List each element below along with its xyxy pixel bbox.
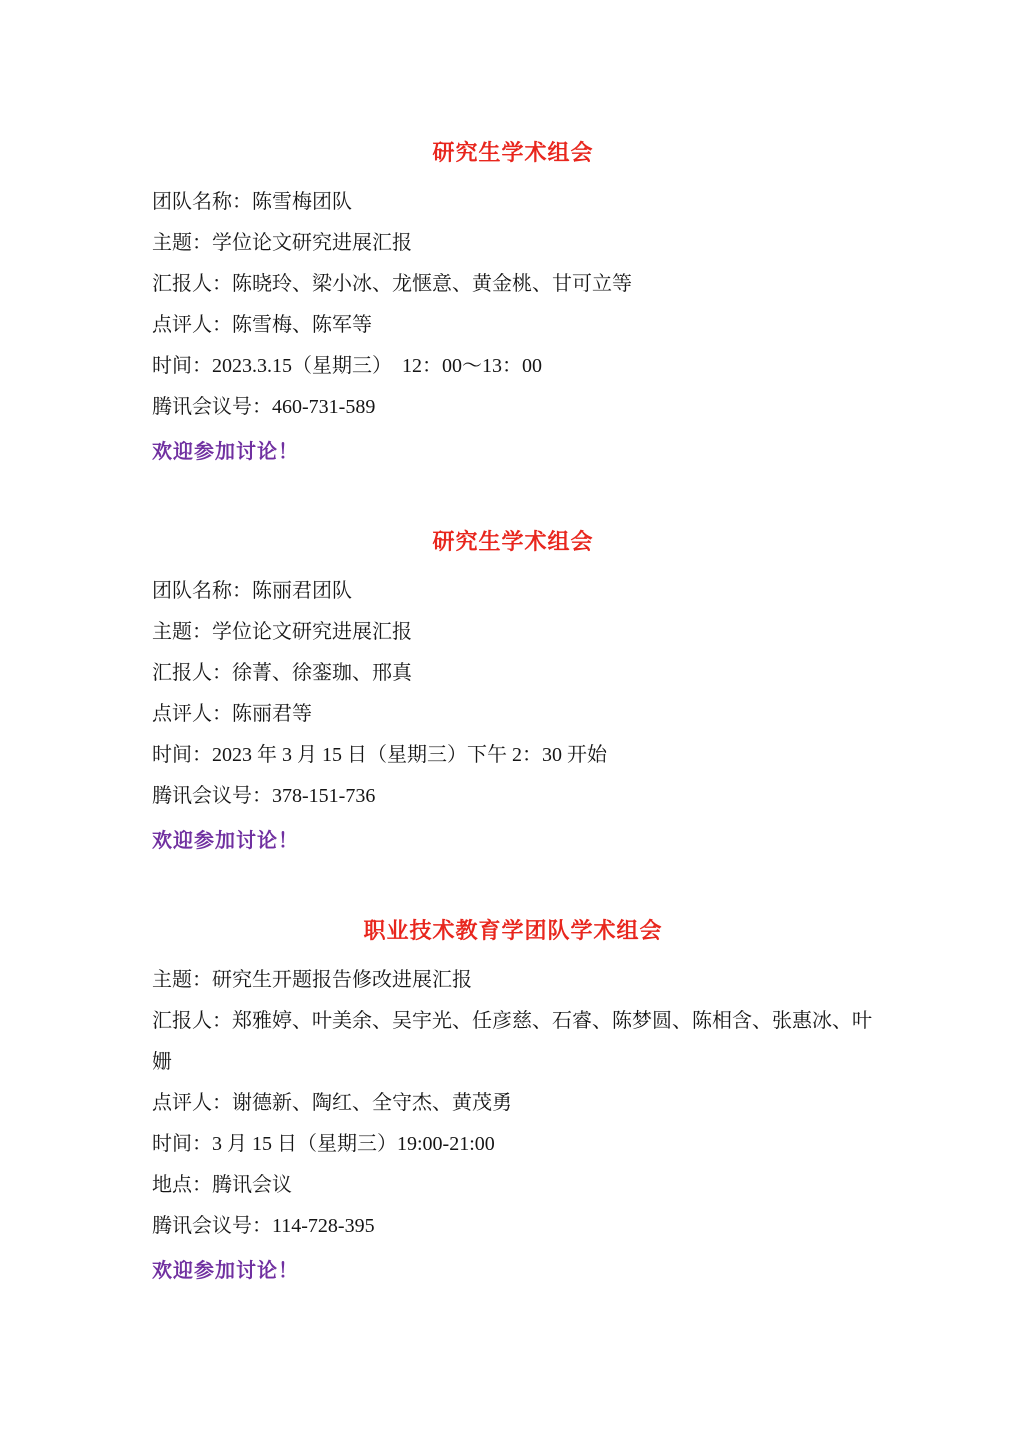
meeting-id-line: 腾讯会议号：378-151-736 — [152, 776, 874, 817]
notice-title: 研究生学术组会 — [152, 529, 874, 555]
welcome-line: 欢迎参加讨论！ — [152, 821, 874, 862]
time-line: 时间：3 月 15 日（星期三）19:00-21:00 — [152, 1124, 874, 1165]
reviewers-line: 点评人：谢德新、陶红、全守杰、黄茂勇 — [152, 1083, 874, 1124]
meeting-id-line: 腾讯会议号：460-731-589 — [152, 387, 874, 428]
presenters-line: 汇报人：郑雅婷、叶美余、吴宇光、任彦慈、石睿、陈梦圆、陈相含、张惠冰、叶姗 — [152, 1001, 874, 1083]
document-page: 研究生学术组会 团队名称：陈雪梅团队 主题：学位论文研究进展汇报 汇报人：陈晓玲… — [0, 0, 1024, 1448]
location-line: 地点：腾讯会议 — [152, 1165, 874, 1206]
team-name-line: 团队名称：陈丽君团队 — [152, 571, 874, 612]
topic-line: 主题：研究生开题报告修改进展汇报 — [152, 960, 874, 1001]
topic-line: 主题：学位论文研究进展汇报 — [152, 223, 874, 264]
welcome-line: 欢迎参加讨论！ — [152, 1251, 874, 1292]
presenters-line: 汇报人：陈晓玲、梁小冰、龙惬意、黄金桃、甘可立等 — [152, 264, 874, 305]
notice-title: 职业技术教育学团队学术组会 — [152, 918, 874, 944]
notice-title: 研究生学术组会 — [152, 140, 874, 166]
welcome-line: 欢迎参加讨论！ — [152, 432, 874, 473]
time-line: 时间：2023 年 3 月 15 日（星期三）下午 2：30 开始 — [152, 735, 874, 776]
topic-line: 主题：学位论文研究进展汇报 — [152, 612, 874, 653]
seminar-notice-1: 研究生学术组会 团队名称：陈雪梅团队 主题：学位论文研究进展汇报 汇报人：陈晓玲… — [152, 140, 874, 473]
time-line: 时间：2023.3.15（星期三） 12：00～13：00 — [152, 346, 874, 387]
reviewers-line: 点评人：陈丽君等 — [152, 694, 874, 735]
meeting-id-line: 腾讯会议号：114-728-395 — [152, 1206, 874, 1247]
reviewers-line: 点评人：陈雪梅、陈军等 — [152, 305, 874, 346]
team-name-line: 团队名称：陈雪梅团队 — [152, 182, 874, 223]
presenters-line: 汇报人：徐菁、徐銮珈、邢真 — [152, 653, 874, 694]
seminar-notice-2: 研究生学术组会 团队名称：陈丽君团队 主题：学位论文研究进展汇报 汇报人：徐菁、… — [152, 529, 874, 862]
seminar-notice-3: 职业技术教育学团队学术组会 主题：研究生开题报告修改进展汇报 汇报人：郑雅婷、叶… — [152, 918, 874, 1292]
